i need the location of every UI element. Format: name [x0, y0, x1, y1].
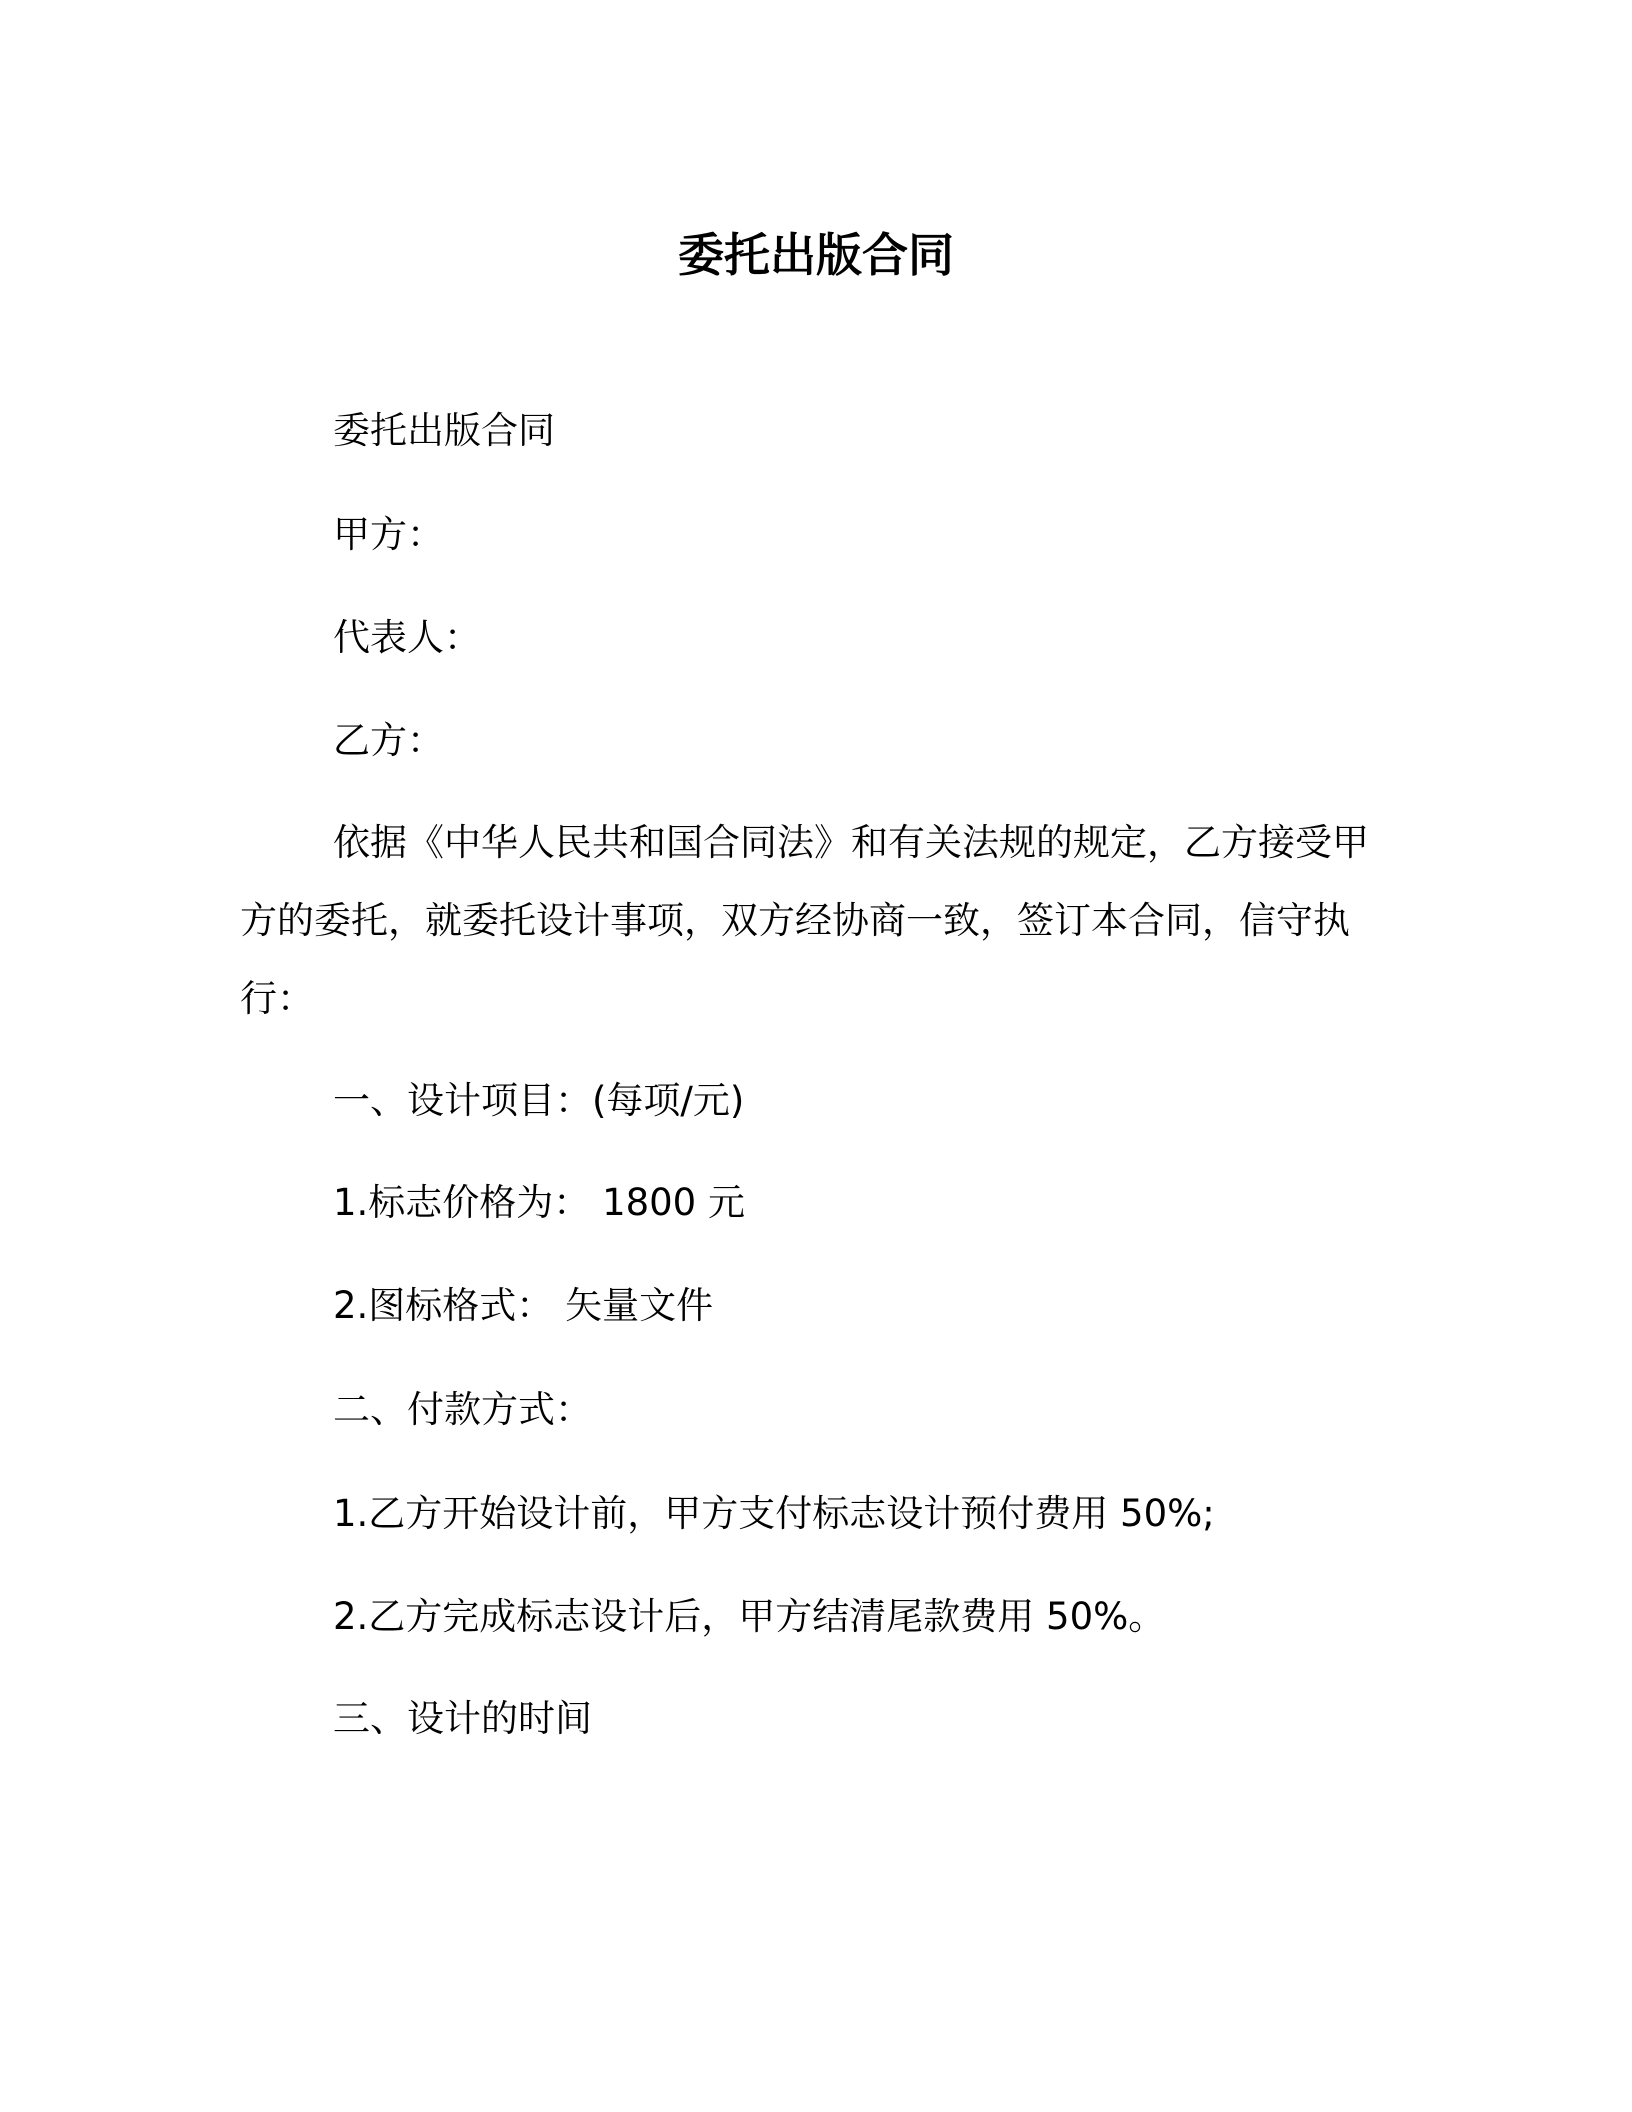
section-heading-design-items: 一、设计项目：(每项/元): [240, 1062, 1375, 1140]
section-heading-design-time: 三、设计的时间: [240, 1680, 1375, 1758]
paragraph-subtitle: 委托出版合同: [240, 392, 1375, 470]
section-heading-payment: 二、付款方式：: [240, 1371, 1375, 1449]
paragraph-party-b: 乙方：: [240, 702, 1375, 780]
clause-logo-price: 1.标志价格为： 1800 元: [240, 1164, 1375, 1242]
clause-icon-format: 2.图标格式： 矢量文件: [240, 1267, 1375, 1345]
clause-prepayment: 1.乙方开始设计前，甲方支付标志设计预付费用 50%;: [240, 1475, 1375, 1553]
paragraph-party-a: 甲方：: [240, 496, 1375, 574]
paragraph-preamble: 依据《中华人民共和国合同法》和有关法规的规定，乙方接受甲方的委托，就委托设计事项…: [240, 804, 1375, 1038]
paragraph-representative: 代表人：: [240, 599, 1375, 677]
document-title: 委托出版合同: [0, 225, 1632, 285]
document-page: 委托出版合同 委托出版合同 甲方： 代表人： 乙方： 依据《中华人民共和国合同法…: [0, 0, 1632, 2112]
clause-final-payment: 2.乙方完成标志设计后，甲方结清尾款费用 50%。: [240, 1578, 1375, 1656]
